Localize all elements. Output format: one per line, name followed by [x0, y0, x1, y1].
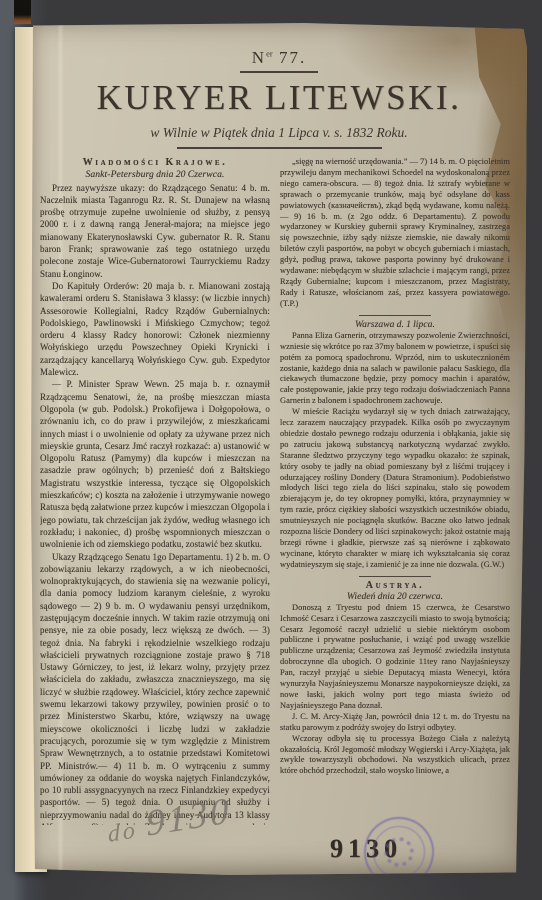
handwritten-word: do — [107, 816, 147, 848]
body-paragraph: J. C. M. Arcy-Xiążę Jan, powrócił dnia 1… — [280, 712, 510, 734]
right-column: „sięgę na wierność urzędowania.” — 7) 14… — [280, 157, 510, 825]
body-paragraph: — P. Minister Spraw Wewn. 25 maja b. r. … — [40, 378, 270, 550]
dateline-rule — [177, 147, 382, 149]
edition-dateline: w Wilnie w Piątek dnia 1 Lipca v. s. 183… — [31, 125, 527, 141]
masthead-rule — [240, 71, 318, 73]
body-paragraph: Donoszą z Tryestu pod dniem 15 czerwca, … — [280, 603, 510, 712]
petersburg-dateline: Sankt-Petersburg dnia 20 Czerwca. — [40, 169, 270, 181]
issue-prefix: N — [252, 48, 266, 67]
article-content: Wiadomości Krajowe. Sankt-Petersburg dni… — [40, 157, 510, 825]
page-spine — [14, 0, 31, 24]
body-paragraph: „sięgę na wierność urzędowania.” — 7) 14… — [280, 157, 510, 310]
body-paragraph: W mieście Raciążu wydarzył się w tych dn… — [280, 407, 510, 571]
body-paragraph: Przez naywyższe ukazy: do Rządzącego Sen… — [40, 182, 270, 280]
issue-number: Ner 77. — [31, 48, 527, 68]
masthead: Ner 77. KURYER LITEWSKI. w Wilnie w Piąt… — [31, 23, 527, 149]
body-paragraph: Do Kapituły Orderów: 20 maja b. r. Miano… — [40, 280, 270, 378]
body-paragraph: Wczoray odbyła się tu processya Bożego C… — [280, 734, 510, 778]
body-paragraph: Ukazy Rządzącego Senatu 1go Departamentu… — [40, 551, 270, 826]
section-header-domestic-news: Wiadomości Krajowe. — [40, 157, 270, 169]
warsaw-dateline: Warszawa d. 1 lipca. — [280, 320, 510, 331]
body-paragraph: Panna Eliza Garnerin, otrzymawszy pozwol… — [280, 331, 510, 407]
issue-superscript: er — [266, 48, 273, 58]
vienna-dateline: Wiedeń dnia 20 czerwca. — [280, 592, 510, 603]
issue-digits: 77. — [273, 48, 307, 67]
section-divider — [359, 315, 431, 316]
section-divider — [359, 576, 431, 577]
newspaper-page: Ner 77. KURYER LITEWSKI. w Wilnie w Piąt… — [31, 23, 527, 875]
left-column: Wiadomości Krajowe. Sankt-Petersburg dni… — [40, 157, 270, 825]
newspaper-title: KURYER LITEWSKI. — [31, 78, 527, 118]
